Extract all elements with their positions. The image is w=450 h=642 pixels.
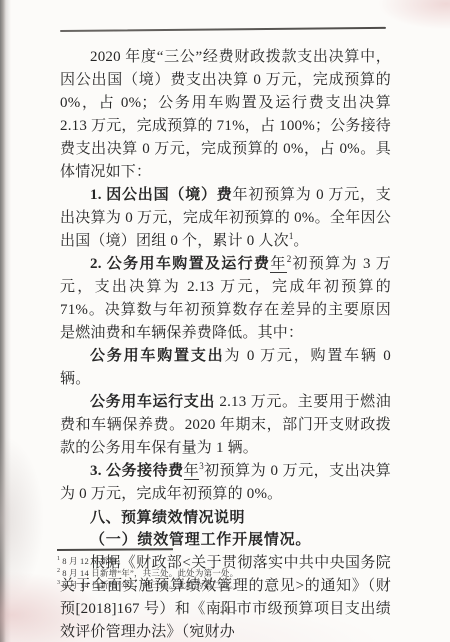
- paragraph-vehicle-operation: 公务用车运行支出 2.13 万元。主要用于燃油费和车辆保养费。2020 年期末，…: [60, 391, 391, 460]
- text-segment: 。: [293, 233, 308, 249]
- footnote-item: 28 月 14 日新增“年”，共三处。此处为第一处。: [57, 566, 377, 578]
- paragraph-vehicle-purchase: 公务用车购置支出为 0 万元，购置车辆 0 辆。: [60, 345, 391, 391]
- heading-section8: 八、预算绩效情况说明: [60, 506, 391, 529]
- text-segment: 公务用车购置支出: [90, 348, 224, 364]
- text-segment: 八、预算绩效情况说明: [90, 509, 245, 526]
- header-rule: [60, 27, 386, 32]
- paragraph-item3-reception-expense: 3. 公务接待费年3初预算为 0 万元，支出决算为 0 万元，完成年初预算的 0…: [60, 460, 391, 506]
- footnote-block: 18 月 12 日新增。28 月 14 日新增“年”，共三处。此处为第一处。38…: [57, 549, 377, 590]
- footnote-marker: 3: [57, 580, 60, 586]
- footnote-marker: 1: [57, 556, 60, 562]
- text-segment: 1. 因公出国（境）费: [90, 187, 233, 203]
- text-segment: 公务用车运行支出: [90, 394, 215, 410]
- footnote-list: 18 月 12 日新增。28 月 14 日新增“年”，共三处。此处为第一处。38…: [57, 554, 377, 591]
- footnote-separator: [57, 548, 173, 550]
- text-segment: （一）绩效管理工作开展情况。: [90, 532, 311, 548]
- page-number: - 20 -: [60, 605, 391, 615]
- footnote-text: 8 月 14 日新增“年”，共三处。此处为第一处。: [62, 568, 238, 578]
- text-segment: 年: [184, 463, 200, 480]
- footnote-text: 8 月 12 日新增。: [62, 555, 126, 565]
- paragraph-sangong-summary: 2020 年度“三公”经费财政拨款支出决算中，因公出国（境）费支出决算 0 万元…: [60, 46, 391, 184]
- text-segment: 年: [270, 256, 286, 273]
- paragraph-item2-vehicle-expense: 2. 公务用车购置及运行费年2初预算为 3 万元，支出决算为 2.13 万元，完…: [60, 253, 391, 345]
- scanned-document-page: 2020 年度“三公”经费财政拨款支出决算中，因公出国（境）费支出决算 0 万元…: [0, 0, 450, 642]
- footnote-text: 8 月 14 日新增“年”，共三处。此处为第二处。: [62, 580, 238, 590]
- text-segment: 2. 公务用车购置及运行费: [90, 256, 270, 272]
- text-segment: 3. 公务接待费: [90, 463, 184, 479]
- text-segment: 2020 年度“三公”经费财政拨款支出决算中，因公出国（境）费支出决算 0 万元…: [60, 49, 391, 180]
- footnote-marker: 2: [57, 568, 60, 574]
- footnote-item: 18 月 12 日新增。: [57, 554, 377, 566]
- paragraph-item1-abroad-expense: 1. 因公出国（境）费年初预算为 0 万元，支出决算为 0 万元，完成年初预算的…: [60, 184, 391, 253]
- footnote-item: 38 月 14 日新增“年”，共三处。此处为第二处。: [57, 578, 377, 590]
